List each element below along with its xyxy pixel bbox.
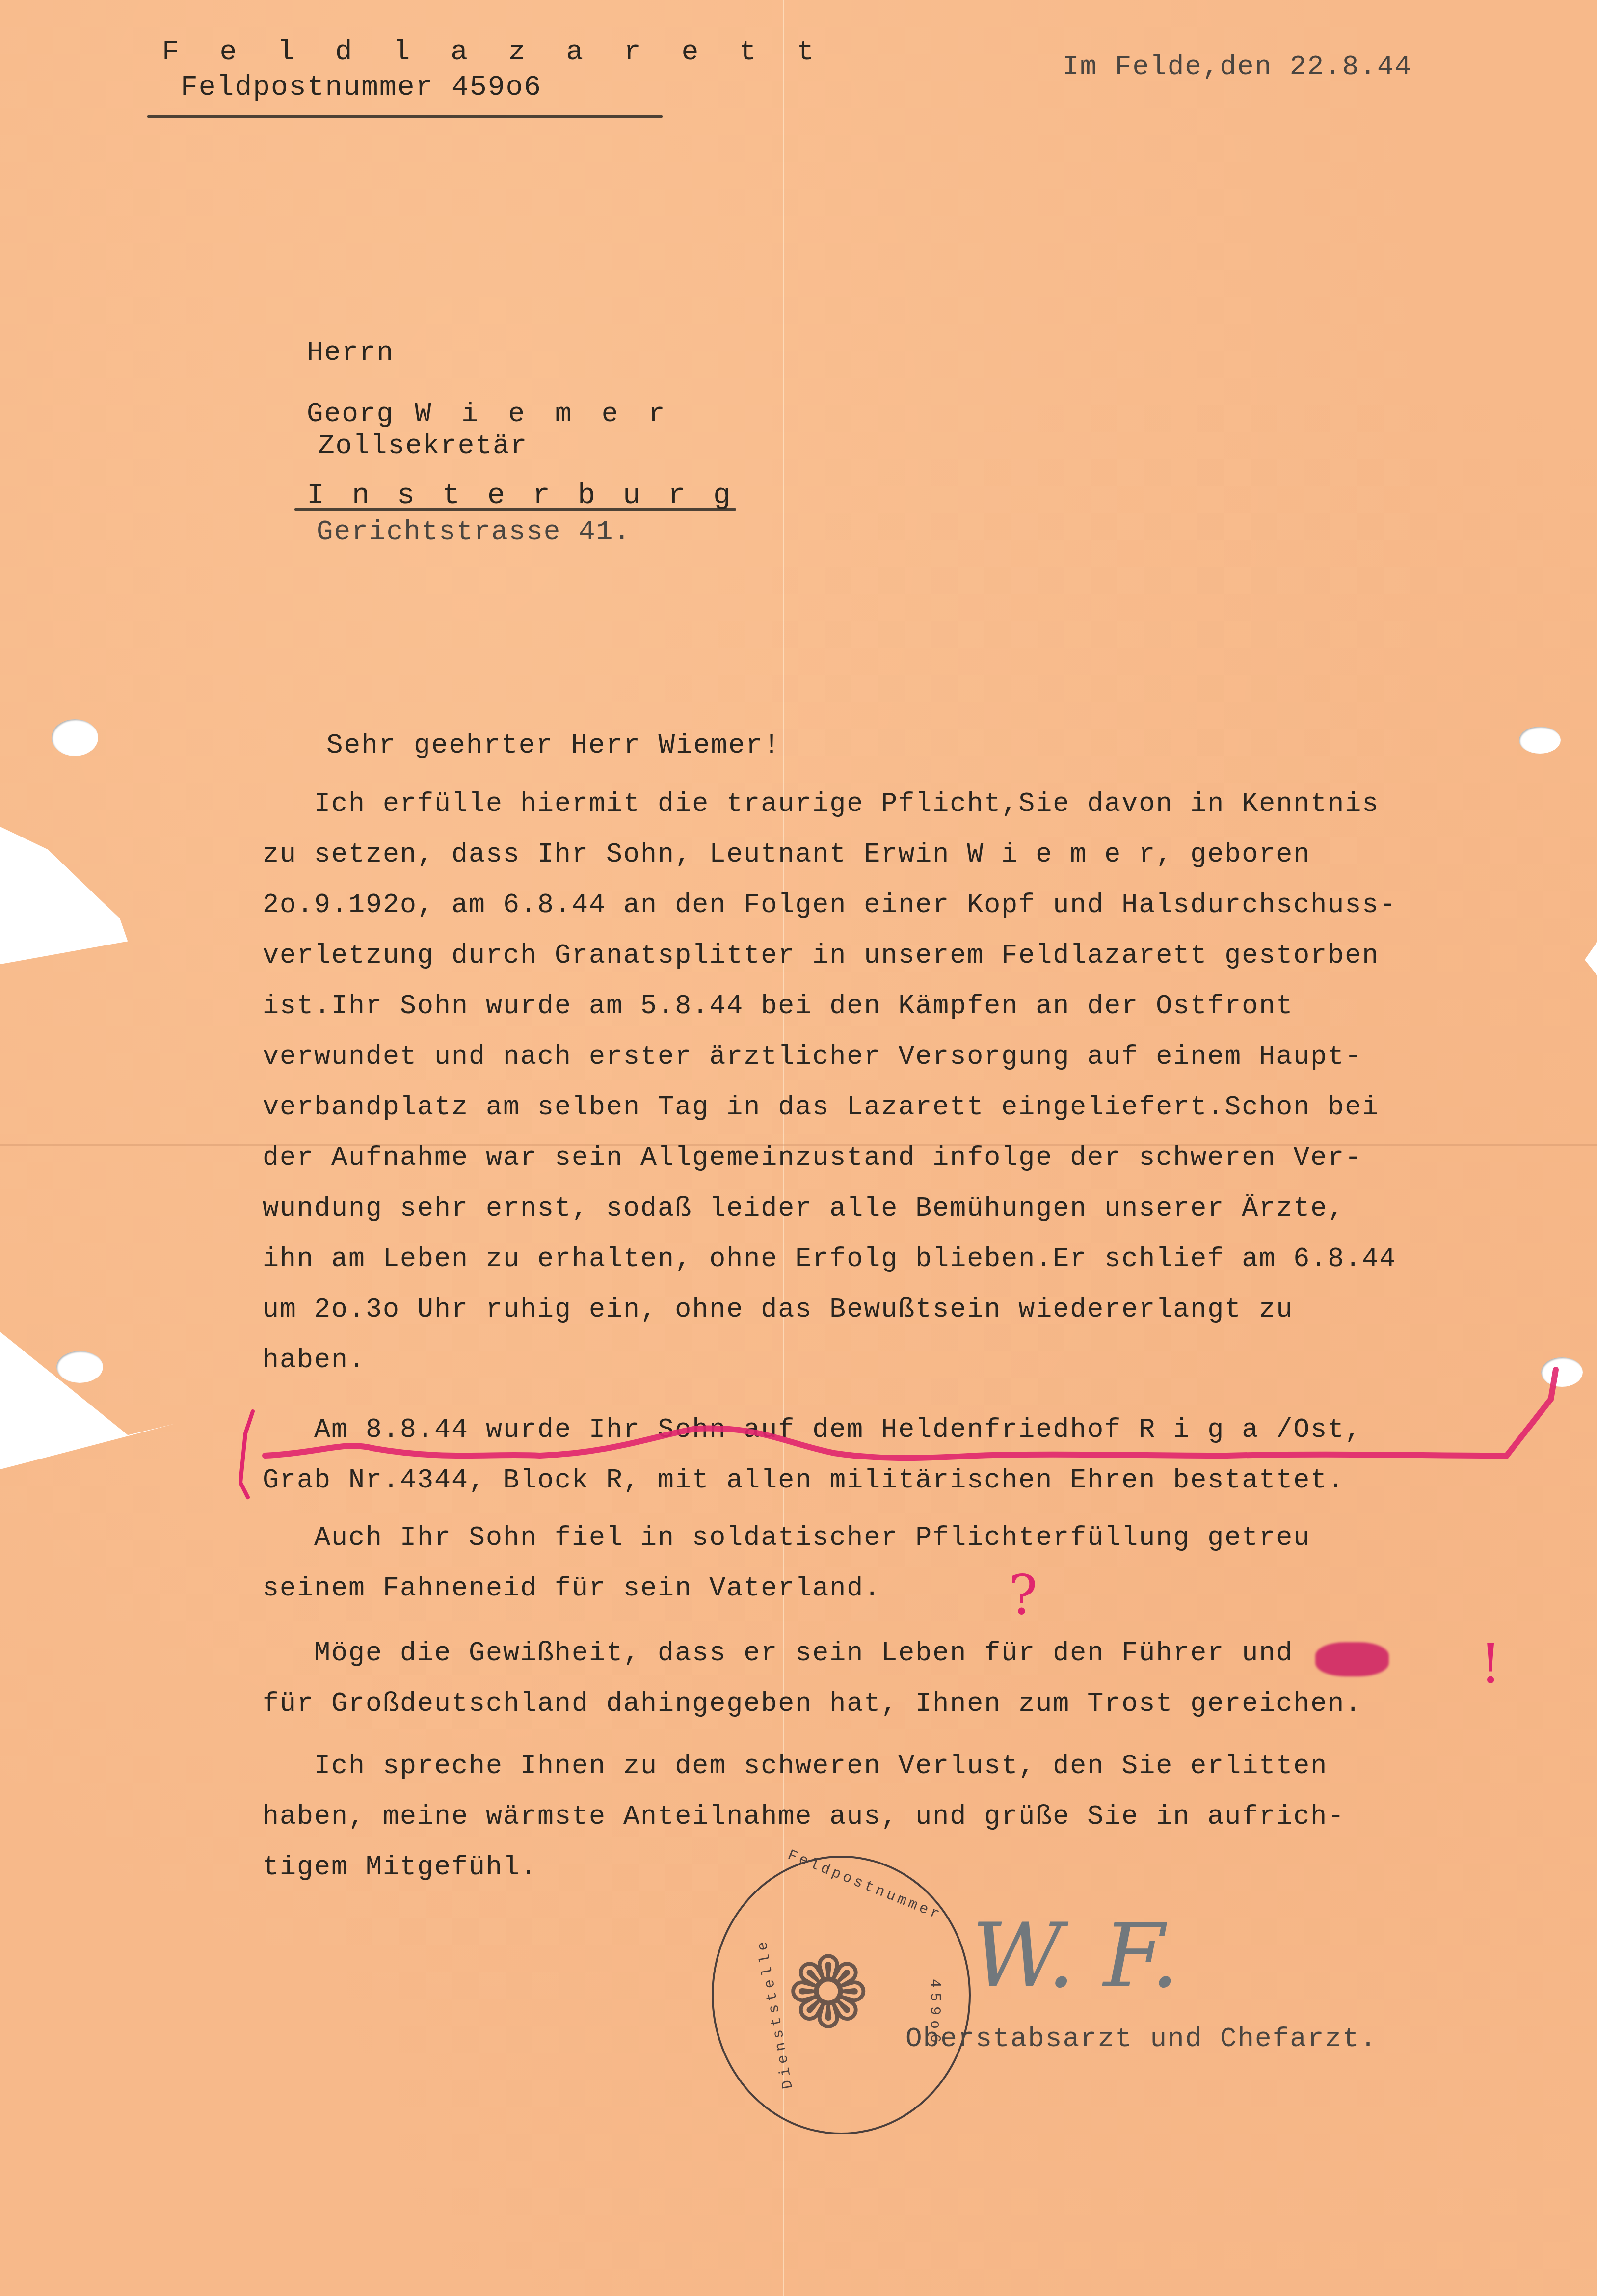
official-stamp: Feldpostnummer 459o6 Dienststelle ❁	[712, 1856, 971, 2134]
redaction-smudge	[1315, 1642, 1389, 1676]
question-mark-annotation: ?	[1009, 1564, 1038, 1626]
exclamation-mark-annotation: !	[1480, 1632, 1501, 1695]
handwritten-signature: W. F.	[972, 1905, 1179, 2007]
signer-title: Oberstabsarzt und Chefarzt.	[905, 2025, 1377, 2053]
eagle-emblem-icon: ❁	[787, 1936, 870, 2051]
